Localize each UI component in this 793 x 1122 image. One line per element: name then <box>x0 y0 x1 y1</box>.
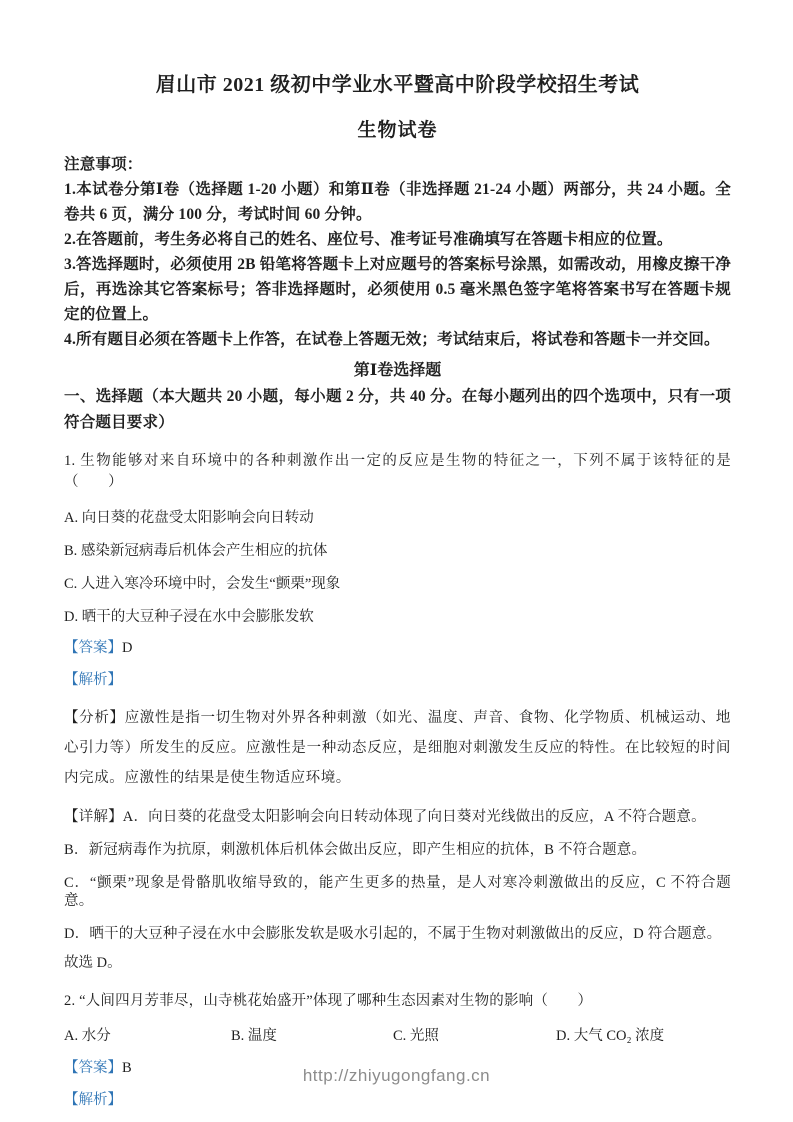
q1-option-d: D. 晒干的大豆种子浸在水中会膨胀发软 <box>64 609 731 625</box>
notices-heading: 注意事项： <box>64 152 731 177</box>
q1-answer-line: 【答案】D <box>64 640 731 657</box>
q1-conclusion: 故选 D。 <box>64 955 731 972</box>
q1-stem: 1. 生物能够对来自环境中的各种刺激作出一定的反应是生物的特征之一，下列不属于该… <box>64 451 731 493</box>
q1-detail-line-a: 【详解】A．向日葵的花盘受太阳影响会向日转动体现了向日葵对光线做出的反应，A 不… <box>64 808 731 826</box>
q2-jiexi-line: 【解析】 <box>64 1092 731 1109</box>
notices-section: 注意事项： 1.本试卷分第Ⅰ卷（选择题 1-20 小题）和第Ⅱ卷（非选择题 21… <box>64 152 731 352</box>
section1-heading: 第Ⅰ卷选择题 <box>64 357 731 380</box>
q1-option-c: C. 人进入寒冷环境中时，会发生“颤栗”现象 <box>64 576 731 592</box>
q2-option-a: A. 水分 <box>64 1028 231 1045</box>
q1-option-b: B. 感染新冠病毒后机体会产生相应的抗体 <box>64 543 731 559</box>
q1-answer-value: D <box>122 640 132 656</box>
section1-intro: 一、选择题（本大题共 20 小题，每小题 2 分，共 40 分。在每小题列出的四… <box>64 384 731 436</box>
q2-option-c: C. 光照 <box>393 1028 556 1045</box>
exam-paper-page: 眉山市 2021 级初中学业水平暨高中阶段学校招生考试 生物试卷 注意事项： 1… <box>0 0 793 1122</box>
q1-answer-label: 【答案】 <box>64 640 122 656</box>
q1-detail-line-b: B．新冠病毒作为抗原，刺激机体后机体会做出反应，即产生相应的抗体，B 不符合题意… <box>64 841 731 859</box>
q2-jiexi-label: 【解析】 <box>64 1092 122 1108</box>
q1-option-a: A. 向日葵的花盘受太阳影响会向日转动 <box>64 510 731 526</box>
q1-analysis-paragraph: 【分析】应激性是指一切生物对外界各种刺激（如光、温度、声音、食物、化学物质、机械… <box>64 703 731 793</box>
q1-jiexi-line: 【解析】 <box>64 672 731 689</box>
q1-detail-line-c: C．“颤栗”现象是骨骼肌收缩导致的，能产生更多的热量，是人对寒冷刺激做出的反应，… <box>64 874 731 910</box>
watermark-url: http://zhiyugongfang.cn <box>0 1066 793 1086</box>
notice-item-4: 4.所有题目必须在答题卡上作答，在试卷上答题无效；考试结束后，将试卷和答题卡一并… <box>64 327 731 352</box>
q2-stem: 2. “人间四月芳菲尽，山寺桃花始盛开”体现了哪种生态因素对生物的影响（ ） <box>64 991 731 1012</box>
q1-detail-line-d: D．晒干的大豆种子浸在水中会膨胀发软是吸水引起的，不属于生物对刺激做出的反应，D… <box>64 925 731 943</box>
page-title: 眉山市 2021 级初中学业水平暨高中阶段学校招生考试 <box>64 68 731 97</box>
q2-option-b: B. 温度 <box>231 1028 393 1045</box>
q1-jiexi-label: 【解析】 <box>64 672 122 688</box>
q2-option-d: D. 大气 CO₂ 浓度 <box>556 1028 731 1045</box>
notice-item-2: 2.在答题前，考生务必将自己的姓名、座位号、准考证号准确填写在答题卡相应的位置。 <box>64 227 731 252</box>
notice-item-3: 3.答选择题时，必须使用 2B 铅笔将答题卡上对应题号的答案标号涂黑，如需改动，… <box>64 252 731 327</box>
page-subtitle: 生物试卷 <box>64 115 731 142</box>
notice-item-1: 1.本试卷分第Ⅰ卷（选择题 1-20 小题）和第Ⅱ卷（非选择题 21-24 小题… <box>64 177 731 227</box>
page-content: 眉山市 2021 级初中学业水平暨高中阶段学校招生考试 生物试卷 注意事项： 1… <box>0 0 793 1109</box>
q2-options-row: A. 水分 B. 温度 C. 光照 D. 大气 CO₂ 浓度 <box>64 1028 731 1045</box>
